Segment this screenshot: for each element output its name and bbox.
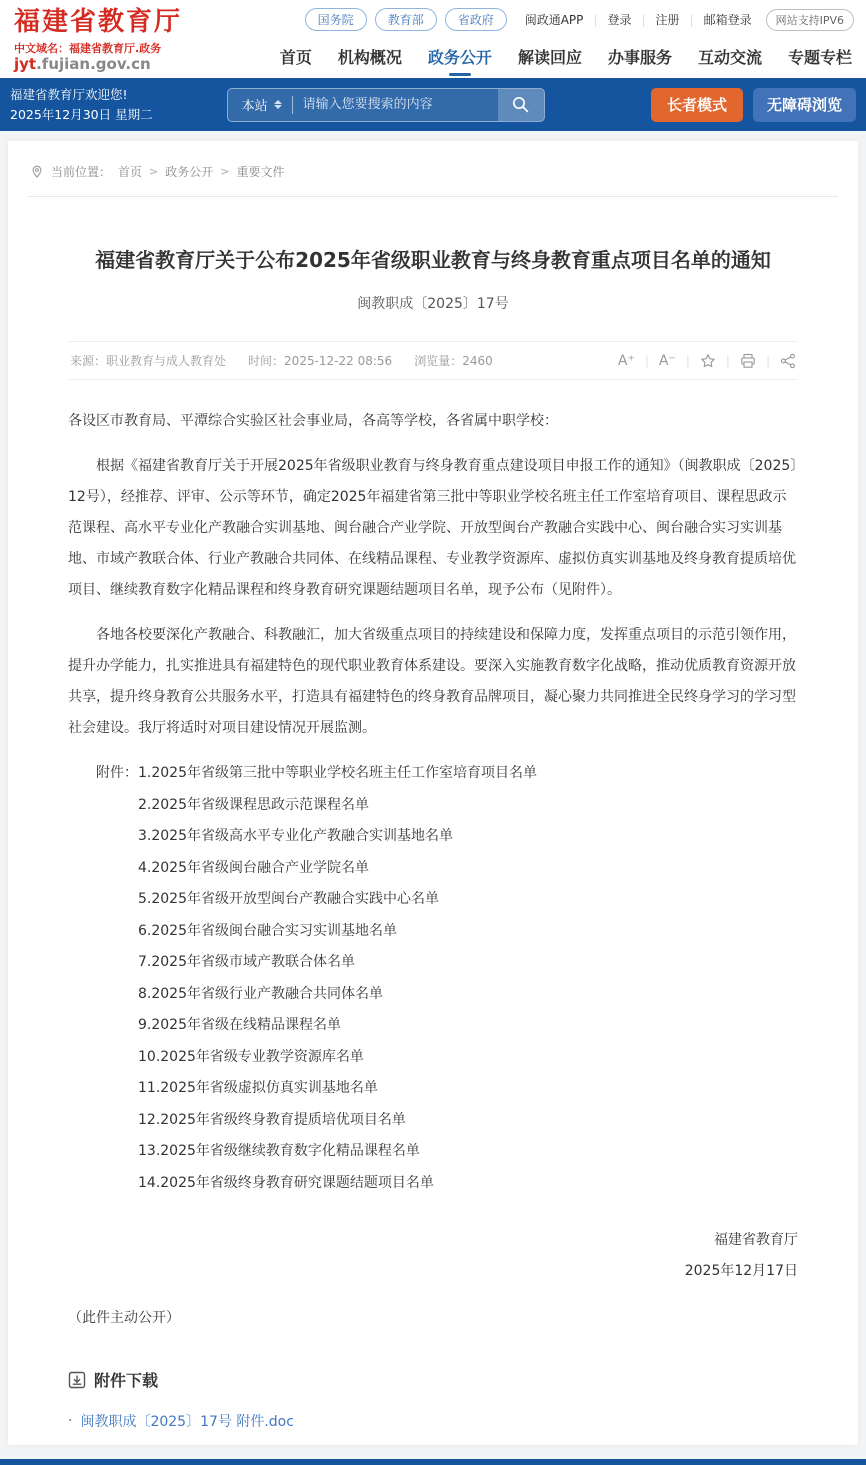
download-header: 附件下载 <box>68 1368 798 1391</box>
download-file-list: · 闽教职成〔2025〕17号 附件.doc <box>68 1411 798 1431</box>
search-icon <box>512 96 529 113</box>
sign-date: 2025年12月17日 <box>68 1256 798 1287</box>
meta-time: 时间：2025-12-22 08:56 <box>248 352 392 369</box>
register-link[interactable]: 注册 <box>656 11 680 28</box>
breadcrumb-gov-disclosure[interactable]: 政务公开 <box>165 163 213 180</box>
separator: | <box>641 13 645 27</box>
footer-strip <box>0 1459 866 1465</box>
download-file-row: · 闽教职成〔2025〕17号 附件.doc <box>68 1411 798 1431</box>
article-body: 各设区市教育局、平潭综合实验区社会事业局，各高等学校，各省属中职学校： 根据《福… <box>68 406 798 1334</box>
link-state-council[interactable]: 国务院 <box>305 8 367 31</box>
nav-home[interactable]: 首页 <box>280 45 312 76</box>
attachment-item: 5.2025年省级开放型闽台产教融合实践中心名单 <box>138 884 537 916</box>
main-nav: 首页 机构概况 政务公开 解读回应 办事服务 互动交流 专题专栏 <box>280 45 854 76</box>
font-increase-button[interactable]: A⁺ <box>618 353 635 369</box>
search-input[interactable] <box>293 97 498 112</box>
article-meta: 来源：职业教育与成人教育处 时间：2025-12-22 08:56 浏览量：24… <box>68 341 798 380</box>
attachments-label: 附件： <box>96 758 138 1199</box>
signer: 福建省教育厅 <box>68 1225 798 1256</box>
current-date: 2025年12月30日 星期二 <box>10 105 153 124</box>
publicity-note: （此件主动公开） <box>68 1303 798 1334</box>
logo-url: jyt.fujian.gov.cn <box>14 56 182 73</box>
location-icon <box>30 165 44 179</box>
updown-arrows-icon <box>274 100 282 109</box>
logo-title: 福建省教育厅 <box>14 8 182 37</box>
link-minzhengtong-app[interactable]: 闽政通APP <box>525 11 584 28</box>
separator: | <box>726 354 730 368</box>
separator: | <box>690 13 694 27</box>
share-icon <box>780 353 796 369</box>
site-header: 福建省教育厅 中文域名：福建省教育厅.政务 jyt.fujian.gov.cn … <box>0 0 866 78</box>
attachments-block: 附件： 1.2025年省级第三批中等职业学校名班主任工作室培育项目名单 2.20… <box>68 758 798 1199</box>
separator: | <box>645 354 649 368</box>
bullet: · <box>68 1413 72 1429</box>
download-icon <box>68 1371 86 1389</box>
attachment-item: 8.2025年省级行业产教融合共同体名单 <box>138 979 537 1011</box>
attachment-item: 7.2025年省级市域产教联合体名单 <box>138 947 537 979</box>
separator: | <box>593 13 597 27</box>
attachment-item: 14.2025年省级终身教育研究课题结题项目名单 <box>138 1168 537 1200</box>
site-logo[interactable]: 福建省教育厅 中文域名：福建省教育厅.政务 jyt.fujian.gov.cn <box>14 8 182 72</box>
signature-block: 福建省教育厅 2025年12月17日 <box>68 1225 798 1287</box>
download-title: 附件下载 <box>94 1368 158 1391</box>
attachment-item: 1.2025年省级第三批中等职业学校名班主任工作室培育项目名单 <box>138 758 537 790</box>
attachment-item: 13.2025年省级继续教育数字化精品课程名单 <box>138 1136 537 1168</box>
attachment-item: 4.2025年省级闽台融合产业学院名单 <box>138 853 537 885</box>
breadcrumb-separator: > <box>220 165 229 178</box>
meta-source: 来源：职业教育与成人教育处 <box>70 352 226 369</box>
attachment-item: 12.2025年省级终身教育提质培优项目名单 <box>138 1105 537 1137</box>
printer-icon <box>740 353 756 369</box>
attachment-item: 2.2025年省级课程思政示范课程名单 <box>138 790 537 822</box>
search-scope-value: 本站 <box>242 95 268 114</box>
article-tools: A⁺ | A⁻ | | | <box>618 353 796 369</box>
nav-interpretation[interactable]: 解读回应 <box>518 45 582 76</box>
search-button[interactable] <box>498 89 544 121</box>
ipv6-badge: 网站支持IPV6 <box>766 9 854 31</box>
paragraph: 根据《福建省教育厅关于开展2025年省级职业教育与终身教育重点建设项目申报工作的… <box>68 451 798 606</box>
nav-services[interactable]: 办事服务 <box>608 45 672 76</box>
blue-banner: 福建省教育厅欢迎您! 2025年12月30日 星期二 本站 长者模式 无障碍浏览 <box>0 78 866 131</box>
article-title: 福建省教育厅关于公布2025年省级职业教育与终身教育重点项目名单的通知 <box>68 245 798 275</box>
nav-organization[interactable]: 机构概况 <box>338 45 402 76</box>
logo-url-prefix: jyt <box>14 55 36 73</box>
login-link[interactable]: 登录 <box>607 11 631 28</box>
top-utility-bar: 国务院 教育部 省政府 闽政通APP | 登录 | 注册 | 邮箱登录 网站支持… <box>305 8 854 31</box>
star-icon <box>700 353 716 369</box>
welcome-block: 福建省教育厅欢迎您! 2025年12月30日 星期二 <box>10 85 153 124</box>
accessibility-button[interactable]: 无障碍浏览 <box>753 88 856 122</box>
article: 福建省教育厅关于公布2025年省级职业教育与终身教育重点项目名单的通知 闽教职成… <box>8 245 858 1334</box>
welcome-text: 福建省教育厅欢迎您! <box>10 85 153 104</box>
attachments-list: 1.2025年省级第三批中等职业学校名班主任工作室培育项目名单 2.2025年省… <box>138 758 537 1199</box>
search-scope-select[interactable]: 本站 <box>228 95 292 114</box>
attachment-item: 10.2025年省级专业教学资源库名单 <box>138 1042 537 1074</box>
share-button[interactable] <box>780 353 796 369</box>
breadcrumb: 当前位置： 首页 > 政务公开 > 重要文件 <box>28 141 838 197</box>
breadcrumb-label: 当前位置： <box>51 163 111 180</box>
link-provincial-gov[interactable]: 省政府 <box>445 8 507 31</box>
paragraph: 各地各校要深化产教融合、科教融汇，加大省级重点项目的持续建设和保障力度，发挥重点… <box>68 620 798 744</box>
nav-special-topics[interactable]: 专题专栏 <box>788 45 852 76</box>
attachment-download-section: 附件下载 · 闽教职成〔2025〕17号 附件.doc <box>8 1368 858 1431</box>
attachment-item: 6.2025年省级闽台融合实习实训基地名单 <box>138 916 537 948</box>
document-number: 闽教职成〔2025〕17号 <box>68 293 798 313</box>
breadcrumb-important-docs[interactable]: 重要文件 <box>236 163 284 180</box>
logo-domain-label: 中文域名：福建省教育厅.政务 <box>14 40 182 56</box>
mailbox-login-link[interactable]: 邮箱登录 <box>704 11 752 28</box>
favorite-button[interactable] <box>700 353 716 369</box>
elder-mode-button[interactable]: 长者模式 <box>651 88 743 122</box>
font-decrease-button[interactable]: A⁻ <box>659 353 676 369</box>
breadcrumb-separator: > <box>149 165 158 178</box>
breadcrumb-home[interactable]: 首页 <box>118 163 142 180</box>
link-ministry-education[interactable]: 教育部 <box>375 8 437 31</box>
print-button[interactable] <box>740 353 756 369</box>
separator: | <box>686 354 690 368</box>
attachment-item: 3.2025年省级高水平专业化产教融合实训基地名单 <box>138 821 537 853</box>
nav-gov-disclosure[interactable]: 政务公开 <box>428 45 492 76</box>
separator: | <box>766 354 770 368</box>
attachment-item: 11.2025年省级虚拟仿真实训基地名单 <box>138 1073 537 1105</box>
search-box: 本站 <box>227 88 545 122</box>
salutation: 各设区市教育局、平潭综合实验区社会事业局，各高等学校，各省属中职学校： <box>68 406 798 437</box>
nav-interaction[interactable]: 互动交流 <box>698 45 762 76</box>
meta-views: 浏览量：2460 <box>414 352 493 369</box>
attachment-doc-link[interactable]: 闽教职成〔2025〕17号 附件.doc <box>80 1411 294 1431</box>
attachment-item: 9.2025年省级在线精品课程名单 <box>138 1010 537 1042</box>
logo-url-rest: .fujian.gov.cn <box>36 55 151 73</box>
content-card: 当前位置： 首页 > 政务公开 > 重要文件 福建省教育厅关于公布2025年省级… <box>8 141 858 1445</box>
